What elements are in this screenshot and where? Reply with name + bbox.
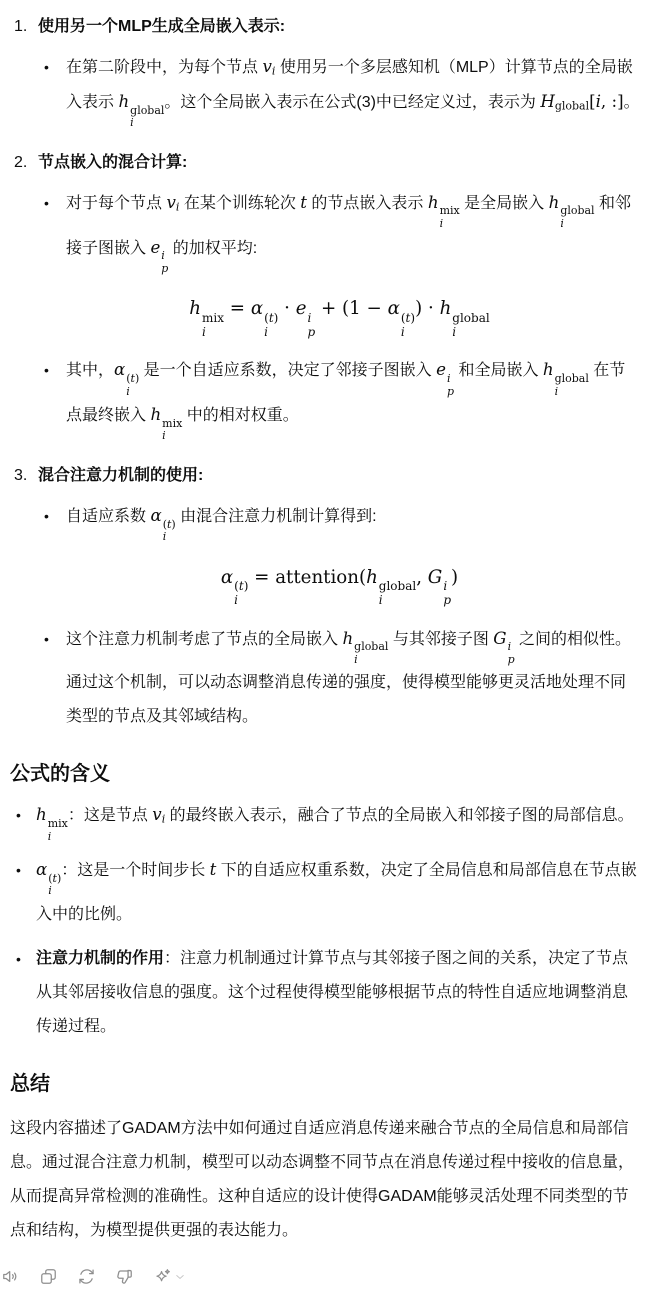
math-supsub: ip	[508, 641, 515, 666]
math-char: i	[379, 593, 383, 607]
math-script: global	[354, 641, 388, 654]
bullet-marker: •	[38, 353, 66, 443]
math-supsub: globali	[130, 105, 164, 130]
inline-math: hglobali	[342, 629, 388, 648]
math-script: i	[234, 594, 238, 608]
math-supsub: (t)i	[264, 312, 278, 340]
display-formula: α(t)i = attention(hglobali, Gip)	[38, 556, 641, 608]
math-script: i	[440, 218, 444, 231]
math-char: i	[126, 385, 130, 398]
text-run: 。	[624, 94, 640, 111]
math-char: +	[321, 298, 336, 319]
math-char: =	[230, 298, 245, 319]
numbered-item-header: 1.使用另一个MLP生成全局嵌入表示:	[14, 12, 641, 42]
math-char: i	[560, 217, 564, 230]
inline-math: α(t)i = attention(hglobali, Gip)	[221, 567, 458, 588]
math-char: i	[161, 249, 165, 262]
list-item: •注意力机制的作用：注意力机制通过计算节点与其邻接子图之间的关系，决定了节点从其…	[14, 942, 641, 1044]
inline-math: hmixi	[428, 193, 460, 212]
numbered-item: 3.混合注意力机制的使用:•自适应系数 α(t)i 由混合注意力机制计算得到:α…	[14, 461, 641, 734]
numbered-item: 1.使用另一个MLP生成全局嵌入表示:•在第二阶段中，为每个节点 vi 使用另一…	[14, 12, 641, 130]
math-char: α	[251, 298, 263, 319]
inline-math: vi	[166, 193, 179, 212]
bullet-text: hmixi：这是节点 vi 的最终嵌入表示，融合了节点的全局嵌入和邻接子图的局部…	[36, 798, 641, 843]
inline-math: eip	[436, 360, 454, 379]
chevron-down-icon	[173, 1270, 187, 1284]
math-char: e	[436, 360, 446, 379]
message-action-toolbar	[0, 1264, 651, 1289]
inline-math: t	[300, 193, 307, 212]
text-run: 的节点嵌入表示	[307, 195, 428, 212]
math-supsub: mixi	[162, 418, 182, 443]
math-script: p	[508, 654, 515, 667]
math-supsub: globali	[555, 373, 589, 398]
bullet-list: •hmixi：这是节点 vi 的最终嵌入表示，融合了节点的全局嵌入和邻接子图的局…	[14, 798, 641, 1044]
bullet-item: •在第二阶段中，为每个节点 vi 使用另一个多层感知机（MLP）计算节点的全局嵌…	[38, 50, 641, 130]
bullet-text: 这个注意力机制考虑了节点的全局嵌入 hglobali 与其邻接子图 Gip 之间…	[66, 622, 641, 735]
numbered-item-body: •自适应系数 α(t)i 由混合注意力机制计算得到:α(t)i = attent…	[38, 499, 641, 734]
math-script: i	[560, 218, 564, 231]
math-script: i	[264, 326, 268, 340]
math-script: global	[452, 312, 489, 326]
math-char: (	[359, 567, 366, 588]
text-run: ：这是节点	[68, 807, 152, 824]
math-script: global	[555, 373, 589, 386]
math-char: h	[189, 298, 201, 319]
math-char: t	[300, 193, 307, 212]
math-supsub: ip	[443, 580, 451, 608]
math-char: i	[130, 116, 134, 129]
text-run: 与其邻接子图	[388, 631, 493, 648]
math-supsub: (t)i	[163, 519, 176, 544]
math-char: i	[401, 325, 405, 339]
math-char: h	[36, 805, 47, 824]
model-switcher-button[interactable]	[150, 1264, 190, 1289]
assistant-message: 1.使用另一个MLP生成全局嵌入表示:•在第二阶段中，为每个节点 vi 使用另一…	[0, 0, 651, 1248]
text-run: 在第二阶段中，为每个节点	[66, 59, 262, 76]
inline-math: hglobali	[118, 92, 164, 111]
text-run: 自适应系数	[66, 508, 150, 525]
math-char: v	[152, 805, 161, 824]
math-char: i	[443, 579, 447, 593]
math-script: (t)	[264, 312, 278, 326]
text-run: 在某个训练轮次	[179, 195, 300, 212]
math-script: i	[452, 326, 456, 340]
math-script: i	[48, 885, 52, 898]
inline-math: Hglobal[i, :]	[540, 92, 623, 111]
math-char: G	[493, 629, 506, 648]
math-supsub: (t)i	[234, 580, 248, 608]
math-script: i	[130, 117, 134, 130]
inline-math: Gip	[493, 629, 514, 648]
thumbs-down-icon	[115, 1267, 134, 1286]
text-run: 是一个自适应系数，决定了邻接子图嵌入	[139, 362, 436, 379]
math-char: e	[150, 238, 160, 257]
inline-math: α(t)i	[150, 506, 175, 525]
math-script: global	[379, 580, 416, 594]
math-script: i	[126, 386, 130, 399]
math-char: i	[308, 311, 312, 325]
list-item-title: 混合注意力机制的使用:	[38, 461, 203, 491]
copy-button[interactable]	[36, 1264, 61, 1289]
math-char: i	[162, 429, 166, 442]
math-char: p	[161, 262, 168, 275]
math-char: i	[264, 325, 268, 339]
math-supsub: globali	[560, 205, 594, 230]
bullet-text: 在第二阶段中，为每个节点 vi 使用另一个多层感知机（MLP）计算节点的全局嵌入…	[66, 50, 641, 130]
math-script: mix	[202, 312, 224, 326]
math-char: G	[428, 567, 443, 588]
math-supsub: globali	[354, 641, 388, 666]
math-char: i	[48, 830, 52, 843]
bullet-marker: •	[38, 186, 66, 276]
math-char: h	[440, 298, 452, 319]
bullet-marker: •	[14, 853, 36, 932]
math-script: i	[162, 430, 166, 443]
math-char: h	[366, 567, 378, 588]
display-formula: hmixi = α(t)i · eip + (1 − α(t)i) · hglo…	[38, 287, 641, 339]
math-char: p	[508, 653, 515, 666]
text-run: 对于每个节点	[66, 195, 166, 212]
text-run: 这段内容描述了GADAM方法中如何通过自适应消息传递来融合节点的全局信息和局部信…	[10, 1120, 634, 1239]
math-script: (t)	[234, 580, 248, 594]
bullet-text: 注意力机制的作用：注意力机制通过计算节点与其邻接子图之间的关系，决定了节点从其邻…	[36, 942, 641, 1044]
inline-math: hglobali	[549, 193, 595, 212]
math-script: i	[48, 831, 52, 844]
math-supsub: globali	[452, 312, 489, 340]
math-script: i	[354, 654, 358, 667]
math-char: e	[296, 298, 307, 319]
bullet-marker: •	[38, 50, 66, 130]
copy-icon	[39, 1267, 58, 1286]
math-char: v	[262, 57, 271, 76]
math-supsub: mixi	[440, 205, 460, 230]
inline-math: hmixi	[150, 405, 182, 424]
math-char: i	[163, 530, 167, 543]
inline-math: hglobali	[543, 360, 589, 379]
text-run: 的加权平均:	[168, 240, 257, 257]
list-item-title: 节点嵌入的混合计算:	[38, 148, 187, 178]
math-script: i	[379, 594, 383, 608]
math-supsub: ip	[447, 373, 454, 398]
inline-math: hmixi	[36, 805, 68, 824]
math-char: h	[428, 193, 439, 212]
math-char: α	[388, 298, 400, 319]
math-script: global	[560, 205, 594, 218]
math-script: i	[202, 326, 206, 340]
inline-math: α(t)i	[114, 360, 139, 379]
text-run: 由混合注意力机制计算得到:	[176, 508, 377, 525]
math-char: i	[452, 325, 456, 339]
math-char: p	[443, 593, 451, 607]
math-char: h	[549, 193, 560, 212]
numbered-item-body: •在第二阶段中，为每个节点 vi 使用另一个多层感知机（MLP）计算节点的全局嵌…	[38, 50, 641, 130]
math-script: i	[308, 312, 312, 326]
read-aloud-icon	[1, 1267, 20, 1286]
inline-math: hmixi = α(t)i · eip + (1 − α(t)i) · hglo…	[189, 298, 489, 319]
math-char: i	[447, 372, 451, 385]
bullet-text: 自适应系数 α(t)i 由混合注意力机制计算得到:	[66, 499, 641, 544]
thumbs-down-button[interactable]	[112, 1264, 137, 1289]
math-script: p	[161, 263, 168, 276]
bullet-text: 其中，α(t)i 是一个自适应系数，决定了邻接子图嵌入 eip 和全局嵌入 hg…	[66, 353, 641, 443]
math-roman: attention	[275, 567, 359, 588]
numbered-item-body: •对于每个节点 vi 在某个训练轮次 t 的节点嵌入表示 hmixi 是全局嵌入…	[38, 186, 641, 443]
math-char: v	[166, 193, 175, 212]
math-char: i	[48, 884, 52, 897]
math-char: i	[234, 593, 238, 607]
math-char: )	[451, 567, 458, 588]
text-run: 其中，	[66, 362, 114, 379]
math-char: i	[555, 385, 559, 398]
numbered-list: 1.使用另一个MLP生成全局嵌入表示:•在第二阶段中，为每个节点 vi 使用另一…	[14, 12, 641, 734]
text-run: 是全局嵌入	[460, 195, 549, 212]
math-char: α	[36, 860, 47, 879]
math-script: (t)	[401, 312, 415, 326]
math-script: global	[555, 100, 589, 113]
math-char: h	[118, 92, 129, 111]
math-char: i	[202, 325, 206, 339]
inline-math: eip	[150, 238, 168, 257]
bold-text: 注意力机制的作用	[36, 950, 164, 967]
math-script: global	[130, 105, 164, 118]
math-script: p	[447, 386, 454, 399]
math-char: 1	[349, 298, 361, 319]
math-char: α	[221, 567, 233, 588]
list-item: •α(t)i：这是一个时间步长 t 下的自适应权重系数，决定了全局信息和局部信息…	[14, 853, 641, 932]
math-script: p	[443, 594, 451, 608]
math-char: α	[114, 360, 125, 379]
math-char: H	[540, 92, 555, 111]
math-supsub: globali	[379, 580, 416, 608]
bullet-item: •自适应系数 α(t)i 由混合注意力机制计算得到:	[38, 499, 641, 544]
text-run: 的最终嵌入表示，融合了节点的全局嵌入和邻接子图的局部信息。	[165, 807, 633, 824]
math-char: α	[150, 506, 161, 525]
math-char: h	[342, 629, 353, 648]
math-char: ·	[428, 298, 434, 319]
bullet-item: •对于每个节点 vi 在某个训练轮次 t 的节点嵌入表示 hmixi 是全局嵌入…	[38, 186, 641, 276]
math-char: i	[508, 640, 512, 653]
math-char: h	[150, 405, 161, 424]
math-char: p	[447, 385, 454, 398]
bullet-marker: •	[14, 942, 36, 1044]
math-supsub: mixi	[202, 312, 224, 340]
inline-math: vi	[152, 805, 165, 824]
math-supsub: (t)i	[401, 312, 415, 340]
math-script: i	[163, 531, 167, 544]
text-run: 这个注意力机制考虑了节点的全局嵌入	[66, 631, 342, 648]
math-supsub: (t)i	[48, 873, 61, 898]
text-run: 和全局嵌入	[454, 362, 543, 379]
list-number: 2.	[14, 148, 30, 178]
bullet-text: 对于每个节点 vi 在某个训练轮次 t 的节点嵌入表示 hmixi 是全局嵌入 …	[66, 186, 641, 276]
math-char: p	[308, 325, 316, 339]
math-script: i	[443, 580, 447, 594]
list-number: 3.	[14, 461, 30, 491]
section-heading: 公式的含义	[10, 760, 641, 788]
inline-math: α(t)i	[36, 860, 61, 879]
math-script: i	[555, 386, 559, 399]
section-heading: 总结	[10, 1070, 641, 1098]
list-item: •hmixi：这是节点 vi 的最终嵌入表示，融合了节点的全局嵌入和邻接子图的局…	[14, 798, 641, 843]
numbered-item-header: 3.混合注意力机制的使用:	[14, 461, 641, 491]
bullet-item: •其中，α(t)i 是一个自适应系数，决定了邻接子图嵌入 eip 和全局嵌入 h…	[38, 353, 641, 443]
summary-paragraph: 这段内容描述了GADAM方法中如何通过自适应消息传递来融合节点的全局信息和局部信…	[10, 1112, 641, 1248]
math-script: p	[308, 326, 316, 340]
math-char: −	[367, 298, 382, 319]
math-char: i	[440, 217, 444, 230]
read-aloud-button[interactable]	[0, 1264, 23, 1289]
list-number: 1.	[14, 12, 30, 42]
list-item-title: 使用另一个MLP生成全局嵌入表示:	[38, 12, 285, 42]
math-char: i	[354, 653, 358, 666]
text-run: 。这个全局嵌入表示在公式(3)中已经定义过，表示为	[164, 94, 540, 111]
math-char: =	[254, 567, 269, 588]
sparkle-icon	[153, 1267, 172, 1286]
inline-math: vi	[262, 57, 275, 76]
math-supsub: mixi	[48, 818, 68, 843]
bullet-item: •这个注意力机制考虑了节点的全局嵌入 hglobali 与其邻接子图 Gip 之…	[38, 622, 641, 735]
text-run: 中的相对权重。	[182, 407, 298, 424]
bullet-marker: •	[38, 499, 66, 544]
math-char: h	[543, 360, 554, 379]
bullet-text: α(t)i：这是一个时间步长 t 下的自适应权重系数，决定了全局信息和局部信息在…	[36, 853, 641, 932]
regenerate-icon	[77, 1267, 96, 1286]
math-supsub: (t)i	[126, 373, 139, 398]
math-script: i	[401, 326, 405, 340]
bullet-marker: •	[14, 798, 36, 843]
regenerate-button[interactable]	[74, 1264, 99, 1289]
bullet-marker: •	[38, 622, 66, 735]
text-run: ：这是一个时间步长	[61, 862, 209, 879]
numbered-item-header: 2.节点嵌入的混合计算:	[14, 148, 641, 178]
numbered-item: 2.节点嵌入的混合计算:•对于每个节点 vi 在某个训练轮次 t 的节点嵌入表示…	[14, 148, 641, 443]
